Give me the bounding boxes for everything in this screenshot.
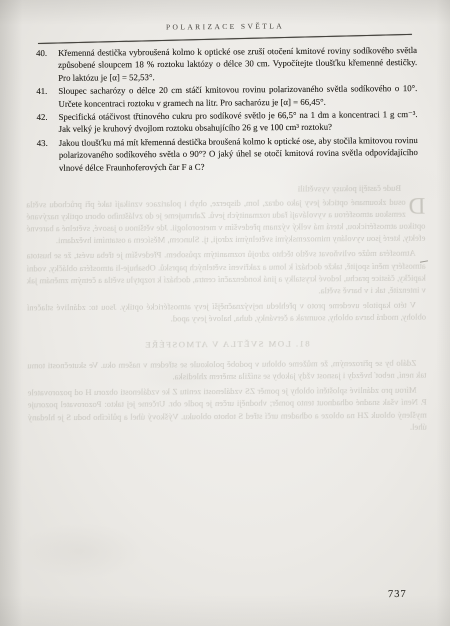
ghost-paragraph: Atmosféra může ovlivňovat světlo těchto …: [27, 247, 426, 298]
problem-item-40: 40. Křemenná destička vybroušená kolmo k…: [36, 44, 417, 84]
ghost-intro-line: Bude častěji pokusy vysvětlili: [26, 182, 425, 197]
page-number: 737: [388, 589, 407, 600]
ghost-paragraph: V této kapitole uvedeme proto v přehledu…: [27, 298, 426, 325]
problem-number: 42.: [37, 111, 59, 136]
problem-number: 40.: [36, 47, 58, 84]
problem-text: Specifická otáčivost třtinového cukru pr…: [59, 108, 418, 136]
header-rule: [38, 34, 412, 44]
ghost-paragraph: Zdálo by se přirozeným, že můžeme oblohu…: [27, 357, 426, 384]
problem-text: Sloupec sacharózy o délce 20 cm stáčí km…: [58, 82, 417, 110]
problem-list: 40. Křemenná destička vybroušená kolmo k…: [36, 44, 418, 175]
running-head-title: POLARIZACE SVĚTLA: [0, 20, 450, 33]
problem-number: 43.: [37, 137, 59, 174]
scanned-book-page: POLARIZACE SVĚTLA 40. Křemenná destička …: [0, 0, 450, 626]
problem-number: 41.: [36, 85, 58, 110]
problem-item-42: 42. Specifická otáčivost třtinového cukr…: [37, 108, 418, 136]
ghost-paragraph-text: osud zkoumané optické jevy jako odraz, l…: [26, 197, 425, 246]
problem-text: Jakou tloušťku má mít křemenná destička …: [59, 134, 418, 174]
problem-item-43: 43. Jakou tloušťku má mít křemenná desti…: [37, 134, 418, 174]
problem-item-41: 41. Sloupec sacharózy o délce 20 cm stáč…: [36, 82, 417, 110]
ghost-drop-cap: D: [406, 196, 426, 217]
ghost-showthrough-text: Bude častěji pokusy vysvětlili Dosud zko…: [26, 182, 427, 438]
problem-text: Křemenná destička vybroušená kolmo k opt…: [58, 44, 417, 84]
ghost-paragraph: Dosud zkoumané optické jevy jako odraz, …: [26, 196, 425, 247]
ghost-section-heading: 81. LOM SVĚTLA V ATMOSFÉŘE: [27, 337, 426, 352]
ghost-paragraph: Mírou pro zdánlivé sploštění oblohy je p…: [28, 384, 427, 435]
